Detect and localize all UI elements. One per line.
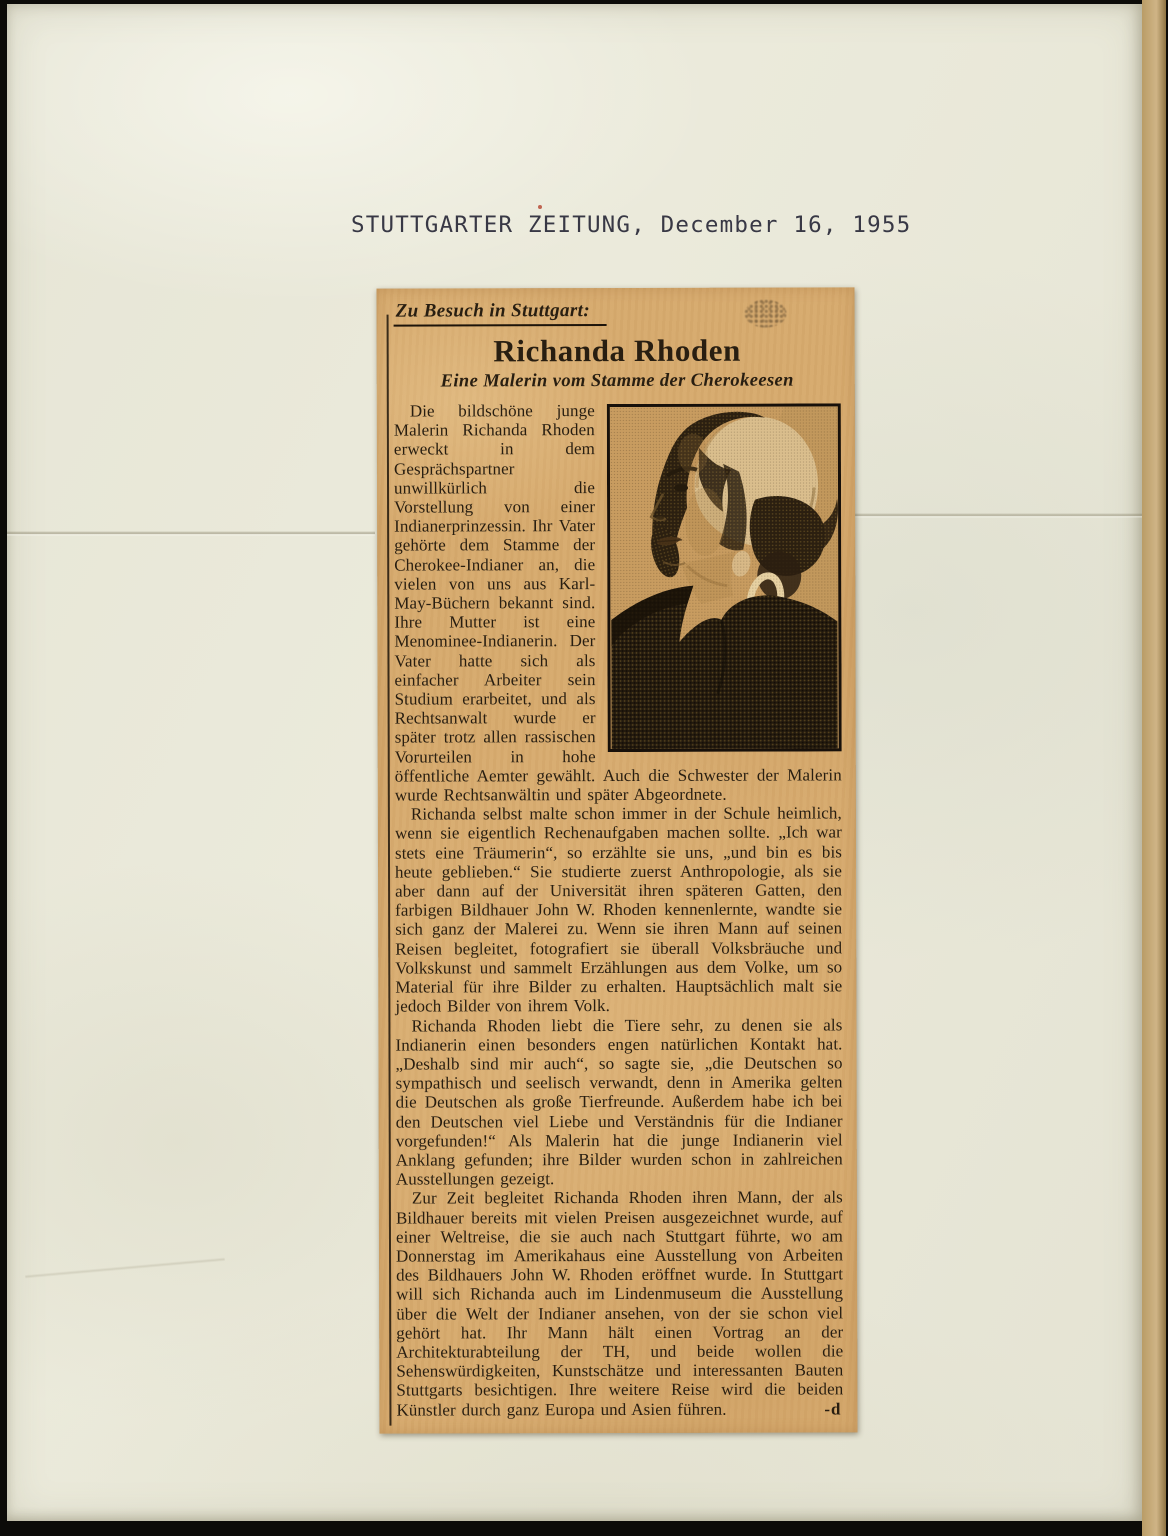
paragraph-text: Zur Zeit begleitet Richanda Rhoden ihren… xyxy=(396,1188,844,1419)
article-kicker: Zu Besuch in Stuttgart: xyxy=(394,300,607,327)
paper-fold-crease-right xyxy=(846,513,1142,518)
typed-caption: STUTTGARTER ZEITUNG, December 16, 1955 xyxy=(351,212,911,238)
article-paragraph: Richanda selbst malte schon immer in der… xyxy=(395,804,843,1016)
newspaper-clipping: Zu Besuch in Stuttgart: Richanda Rhoden … xyxy=(377,287,858,1433)
portrait-photo xyxy=(607,403,842,752)
paragraph-text: Richanda Rhoden liebt die Tiere sehr, zu… xyxy=(395,1015,842,1189)
paper-fold-crease-left xyxy=(7,531,375,536)
scan-edge-cardboard xyxy=(1142,0,1166,1536)
paper-sheet: STUTTGARTER ZEITUNG, December 16, 1955 Z… xyxy=(7,4,1142,1521)
article-paragraph: Richanda Rhoden liebt die Tiere sehr, zu… xyxy=(395,1015,842,1189)
article-subtitle: Eine Malerin vom Stamme der Cherokeesen xyxy=(394,370,841,392)
paper-crease-lower xyxy=(25,1257,225,1278)
print-smudge xyxy=(745,300,787,328)
ink-speck xyxy=(538,205,542,209)
article-paragraph: Die bildschöne junge Malerin Richanda Rh… xyxy=(394,400,842,804)
column-rule xyxy=(387,315,392,1426)
author-initial: -d xyxy=(808,1399,841,1418)
paragraph-text: Richanda selbst malte schon immer in der… xyxy=(395,804,842,1016)
article-paragraph: Zur Zeit begleitet Richanda Rhoden ihren… xyxy=(396,1188,844,1420)
article-title: Richanda Rhoden xyxy=(394,332,841,369)
article-body: Die bildschöne junge Malerin Richanda Rh… xyxy=(394,400,844,1419)
